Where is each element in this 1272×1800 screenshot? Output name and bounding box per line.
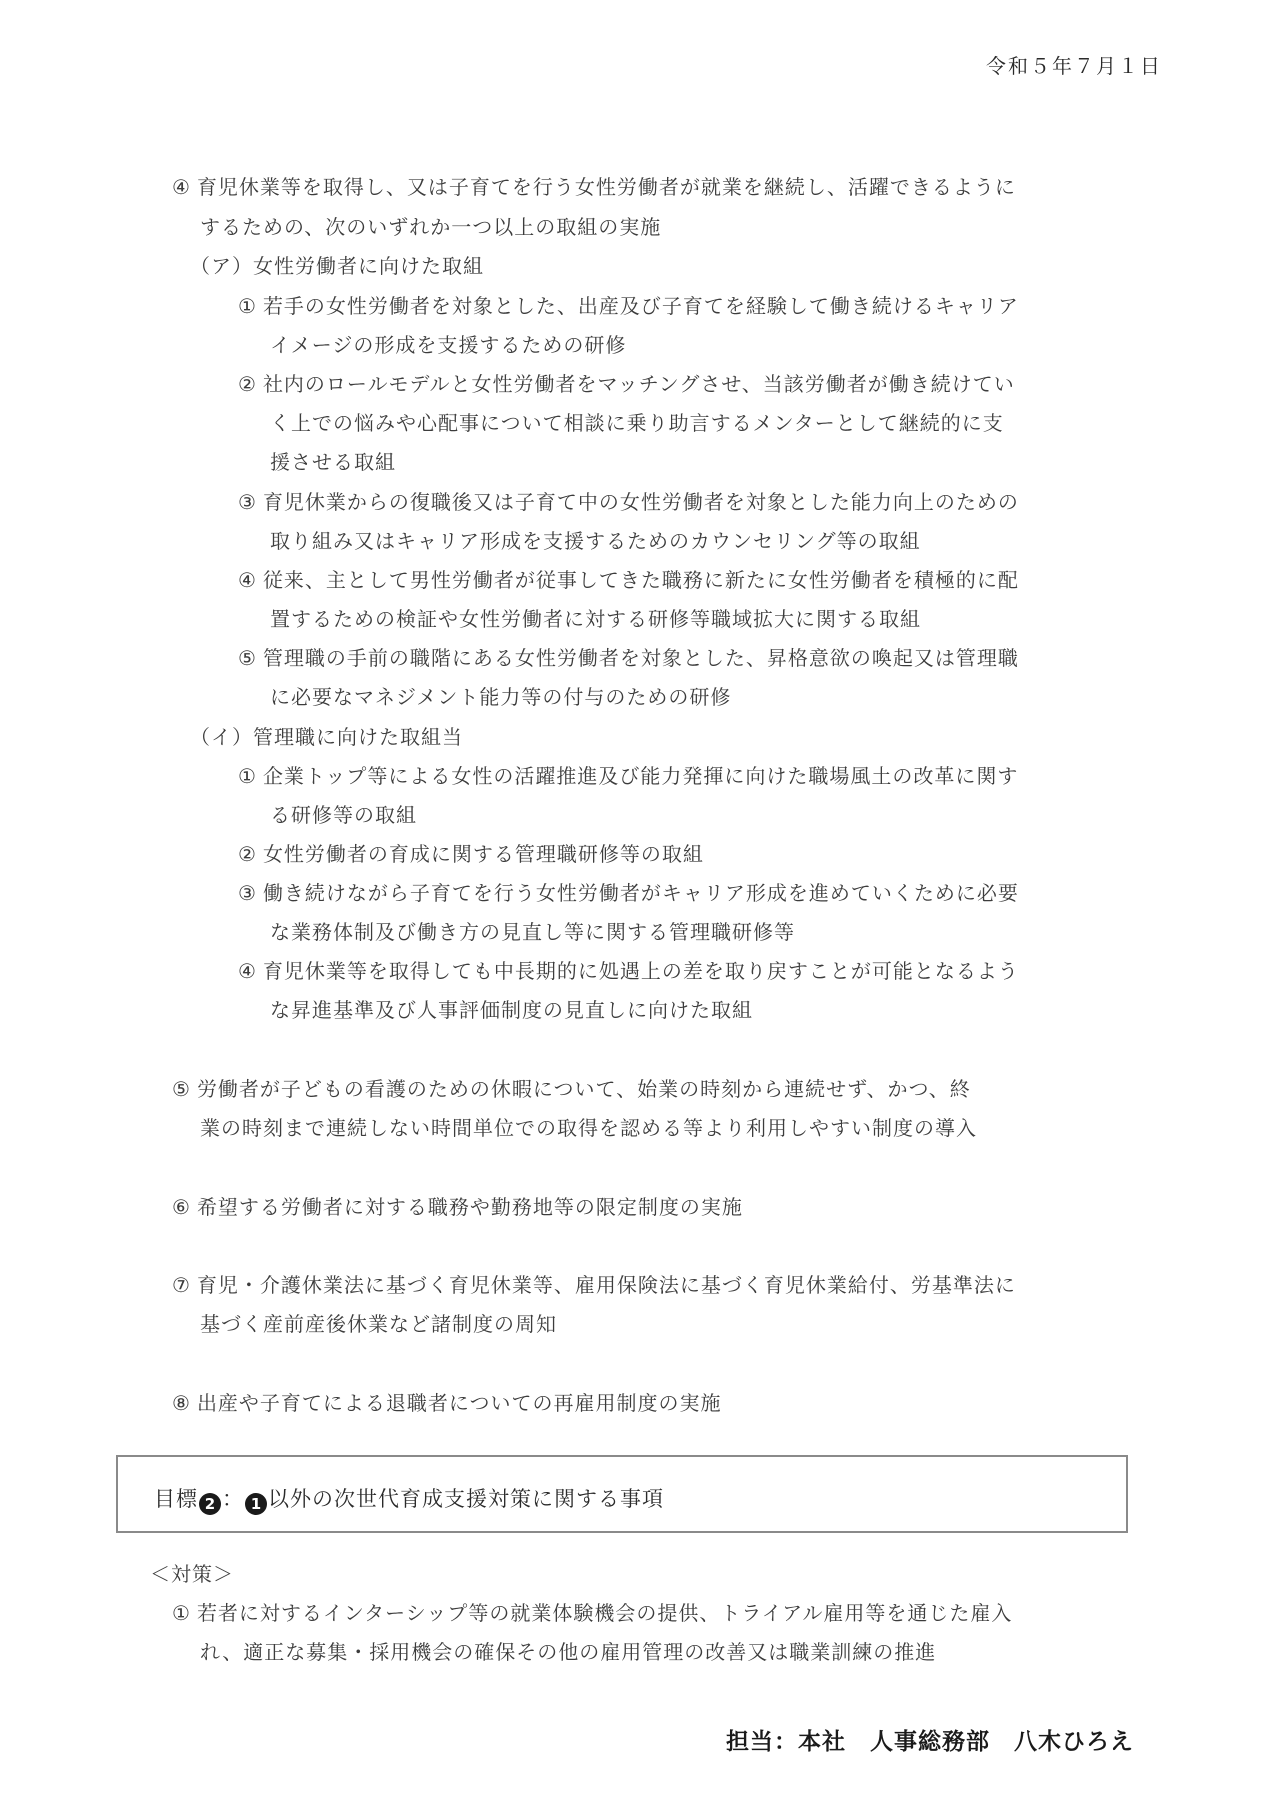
subsection-b-item-1-line-2: る研修等の取組 — [270, 805, 417, 825]
subsection-a-item-5-line-2: に必要なマネジメント能力等の付与のための研修 — [270, 687, 731, 707]
subsection-b-item-4-line-1: ④育児休業等を取得しても中長期的に処遇上の差を取り戻すことが可能となるよう — [238, 961, 1019, 981]
subsection-b-item-2-line-1: ②女性労働者の育成に関する管理職研修等の取組 — [238, 844, 704, 864]
section-8-line-1: ⑧出産や子育てによる退職者についての再雇用制度の実施 — [172, 1393, 722, 1413]
section-4-line-1: ④育児休業等を取得し、又は子育てを行う女性労働者が就業を継続し、活躍できるように — [172, 177, 1016, 197]
item-marker: ④ — [238, 961, 257, 981]
subsection-a-item-5-line-1: ⑤管理職の手前の職階にある女性労働者を対象とした、昇格意欲の喚起又は管理職 — [238, 648, 1019, 668]
subsection-a-item-3-line-2: 取り組み又はキャリア形成を支援するためのカウンセリング等の取組 — [270, 531, 921, 551]
item-text: 従来、主として男性労働者が従事してきた職務に新たに女性労働者を積極的に配 — [263, 568, 1019, 592]
item-text: 女性労働者の育成に関する管理職研修等の取組 — [263, 842, 704, 866]
item-marker: ② — [238, 374, 257, 394]
goal-text: 以外の次世代育成支援対策に関する事項 — [268, 1487, 664, 1511]
item-marker: ⑤ — [238, 648, 257, 668]
goal-separator: ： — [222, 1487, 244, 1511]
subsection-b-item-3-line-2: な業務体制及び働き方の見直し等に関する管理職研修等 — [270, 922, 795, 942]
section-7-line-2: 基づく産前産後休業など諸制度の周知 — [200, 1314, 557, 1334]
subsection-a-item-2-line-3: 援させる取組 — [270, 452, 396, 472]
section-7-text: 育児・介護休業法に基づく育児休業等、雇用保険法に基づく育児休業給付、労基準法に — [197, 1273, 1016, 1297]
section-5-line-1: ⑤労働者が子どもの看護のための休暇について、始業の時刻から連続せず、かつ、終 — [172, 1079, 971, 1099]
section-6-text: 希望する労働者に対する職務や勤務地等の限定制度の実施 — [197, 1195, 743, 1219]
measure-1-line-1: ①若者に対するインターシップ等の就業体験機会の提供、トライアル雇用等を通じた雇入 — [172, 1603, 1012, 1623]
goal-2-heading: 目標2：1以外の次世代育成支援対策に関する事項 — [154, 1483, 664, 1515]
item-text: 社内のロールモデルと女性労働者をマッチングさせ、当該労働者が働き続けてい — [263, 372, 1015, 396]
goal-prefix: 目標 — [154, 1487, 198, 1511]
subsection-b-item-3-line-1: ③働き続けながら子育てを行う女性労働者がキャリア形成を進めていくために必要 — [238, 883, 1019, 903]
subsection-b-item-1-line-1: ①企業トップ等による女性の活躍推進及び能力発揮に向けた職場風土の改革に関す — [238, 766, 1018, 786]
section-5-text: 労働者が子どもの看護のための休暇について、始業の時刻から連続せず、かつ、終 — [197, 1077, 971, 1101]
goal-ref-badge: 1 — [245, 1493, 267, 1515]
subsection-a-item-1-line-2: イメージの形成を支援するための研修 — [270, 335, 626, 355]
item-marker: ① — [238, 766, 257, 786]
subsection-b-label: （イ）管理職に向けた取組当 — [190, 727, 463, 747]
contact-person: 担当：本社 人事総務部 八木ひろえ — [726, 1723, 1134, 1756]
document-date: 令和５年７月１日 — [986, 50, 1162, 79]
measure-marker: ① — [172, 1603, 191, 1623]
section-6-marker: ⑥ — [172, 1197, 191, 1217]
section-4-line-2: するための、次のいずれか一つ以上の取組の実施 — [200, 217, 661, 237]
measure-text: 若者に対するインターシップ等の就業体験機会の提供、トライアル雇用等を通じた雇入 — [197, 1601, 1012, 1625]
section-7-line-1: ⑦育児・介護休業法に基づく育児休業等、雇用保険法に基づく育児休業給付、労基準法に — [172, 1275, 1016, 1295]
item-marker: ④ — [238, 570, 257, 590]
item-text: 企業トップ等による女性の活躍推進及び能力発揮に向けた職場風土の改革に関す — [263, 764, 1018, 788]
subsection-a-item-1-line-1: ①若手の女性労働者を対象とした、出産及び子育てを経験して働き続けるキャリア — [238, 296, 1019, 316]
section-4-text: 育児休業等を取得し、又は子育てを行う女性労働者が就業を継続し、活躍できるように — [197, 175, 1016, 199]
item-marker: ① — [238, 296, 257, 316]
item-marker: ② — [238, 844, 257, 864]
item-text: 育児休業からの復職後又は子育て中の女性労働者を対象とした能力向上のための — [263, 490, 1019, 514]
item-text: 育児休業等を取得しても中長期的に処遇上の差を取り戻すことが可能となるよう — [263, 959, 1019, 983]
item-marker: ③ — [238, 883, 257, 903]
measure-1-line-2: れ、適正な募集・採用機会の確保その他の雇用管理の改善又は職業訓練の推進 — [200, 1642, 936, 1662]
subsection-a-item-3-line-1: ③育児休業からの復職後又は子育て中の女性労働者を対象とした能力向上のための — [238, 492, 1019, 512]
subsection-a-item-4-line-2: 置するための検証や女性労働者に対する研修等職域拡大に関する取組 — [270, 609, 921, 629]
item-marker: ③ — [238, 492, 257, 512]
section-5-line-2: 業の時刻まで連続しない時間単位での取得を認める等より利用しやすい制度の導入 — [200, 1118, 977, 1138]
section-7-marker: ⑦ — [172, 1275, 191, 1295]
item-text: 若手の女性労働者を対象とした、出産及び子育てを経験して働き続けるキャリア — [263, 294, 1019, 318]
subsection-a-item-2-line-1: ②社内のロールモデルと女性労働者をマッチングさせ、当該労働者が働き続けてい — [238, 374, 1015, 394]
section-6-line-1: ⑥希望する労働者に対する職務や勤務地等の限定制度の実施 — [172, 1197, 743, 1217]
goal-2-box: 目標2：1以外の次世代育成支援対策に関する事項 — [116, 1455, 1128, 1533]
goal-number-badge: 2 — [199, 1493, 221, 1515]
subsection-b-item-4-line-2: な昇進基準及び人事評価制度の見直しに向けた取組 — [270, 1000, 753, 1020]
section-4-marker: ④ — [172, 177, 191, 197]
section-5-marker: ⑤ — [172, 1079, 191, 1099]
section-8-text: 出産や子育てによる退職者についての再雇用制度の実施 — [197, 1391, 722, 1415]
subsection-a-label: （ア）女性労働者に向けた取組 — [190, 256, 484, 276]
measures-heading: ＜対策＞ — [150, 1564, 234, 1584]
subsection-a-item-2-line-2: く上での悩みや心配事について相談に乗り助言するメンターとして継続的に支 — [270, 413, 1004, 433]
item-text: 働き続けながら子育てを行う女性労働者がキャリア形成を進めていくために必要 — [263, 881, 1019, 905]
item-text: 管理職の手前の職階にある女性労働者を対象とした、昇格意欲の喚起又は管理職 — [263, 646, 1019, 670]
section-8-marker: ⑧ — [172, 1393, 191, 1413]
subsection-a-item-4-line-1: ④従来、主として男性労働者が従事してきた職務に新たに女性労働者を積極的に配 — [238, 570, 1019, 590]
